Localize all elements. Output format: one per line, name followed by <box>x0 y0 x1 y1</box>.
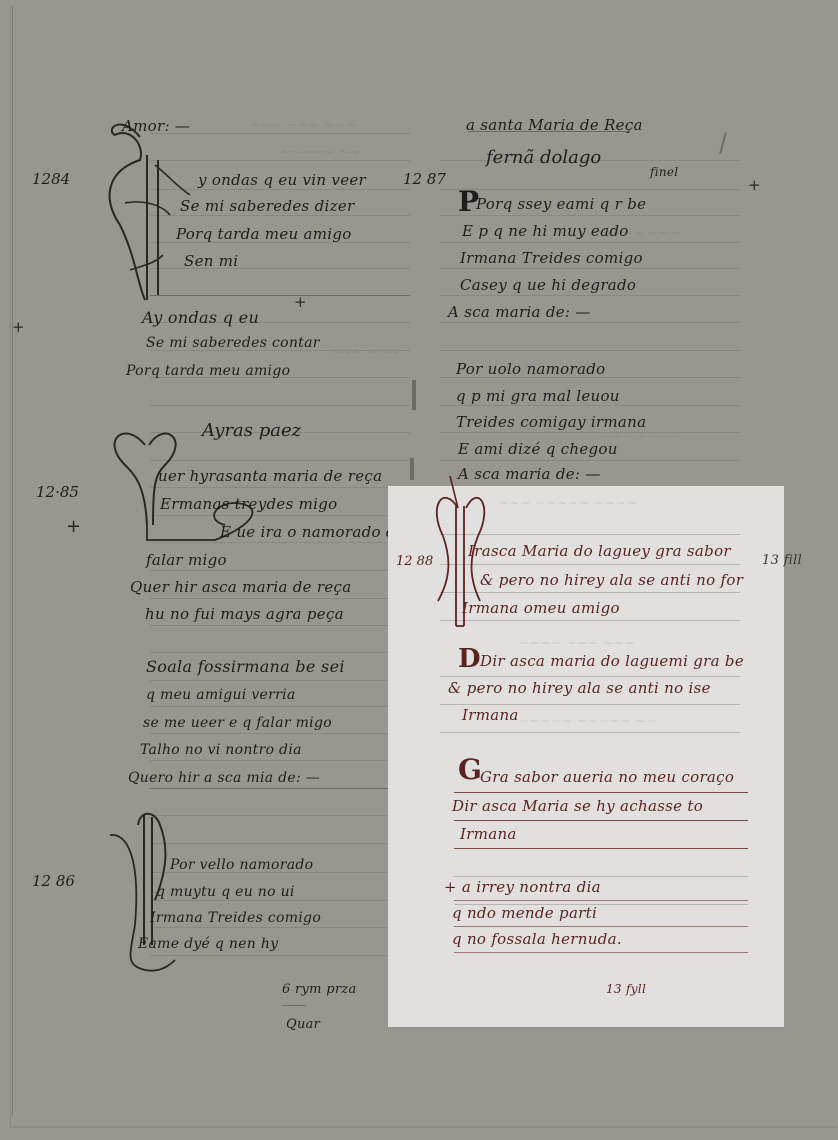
bleed-through-text: ~~~ ~~~ ~~~ <box>250 118 356 133</box>
initial-letter: D <box>458 646 481 672</box>
author-name: Ayras paez <box>202 420 301 441</box>
bleed-through-text: ~~~ ~~~ <box>330 345 400 360</box>
poem-number: 12 88 <box>396 554 433 569</box>
verse-line: y ondas q eu vin veer <box>198 171 366 189</box>
verse-line: Casey q ue hi degrado <box>460 276 636 294</box>
verse-line: Dir asca maria do laguemi gra be <box>480 652 744 670</box>
verse-line: Se mi saberedes contar <box>146 335 320 351</box>
decorated-initial-V-flourish <box>105 425 185 545</box>
verse-line: Por uolo namorado <box>456 360 605 378</box>
bleed-through-text: ~~~~ ~~~ ~~~ <box>518 636 635 651</box>
poem-heading: Amor: — <box>122 117 190 135</box>
verse-line: q no fossala hernuda. <box>452 930 622 948</box>
initial-letter: G <box>458 756 482 784</box>
poem-number: 12·85 <box>36 483 79 501</box>
verse-line: Irmana Treides comigo <box>150 910 321 926</box>
margin-cross: + <box>66 516 81 537</box>
poem-number: 12 87 <box>403 170 446 188</box>
verse-line: Ermanas treydes migo <box>160 495 338 513</box>
footer-rule <box>282 1005 306 1006</box>
verse-line: Quero hir a sca mia de: — <box>128 770 320 786</box>
verse-line: Irmana <box>462 706 519 724</box>
verse-line: Treides comigay irmana <box>456 413 646 431</box>
verse-line: E p q ne hi muy eado <box>462 222 629 240</box>
bleed-through-text: ~~~~~ ~~ <box>280 145 360 160</box>
poem-number: 1284 <box>32 170 70 188</box>
verse-line: & pero no hirey ala se anti no for <box>480 571 743 589</box>
verse-line: A sca maria de: — <box>458 465 601 483</box>
verse-line: q ndo mende parti <box>452 904 597 922</box>
margin-cross: + <box>12 318 25 336</box>
poem-number: 12 86 <box>32 872 75 890</box>
verse-line: Ay ondas q eu <box>142 308 259 327</box>
poem-heading: a santa Maria de Reça <box>466 116 643 134</box>
verse-line: se me ueer e q falar migo <box>143 715 332 731</box>
page-edge <box>12 6 13 1116</box>
verse-line: falar migo <box>146 551 227 569</box>
verse-line: hu no fui mays agra peça <box>145 605 344 623</box>
verse-line: Irmana omeu amigo <box>462 599 620 617</box>
margin-stroke <box>412 380 416 410</box>
highlighted-region-poem-1288: ~~~ ~~~~~ ~~~~ ~~~~ ~~~ ~~~ ~~~~~ ~~~~~ … <box>388 486 784 1027</box>
verse-line: & pero no hirey ala se anti no ise <box>448 679 711 697</box>
verse-line: Sen mi <box>184 252 238 270</box>
author-name: fernã dolago <box>486 147 601 168</box>
footer-note: 13 fyll <box>606 982 646 996</box>
verse-line: Irmana Treides comigo <box>460 249 643 267</box>
verse-line: q meu amigui verria <box>146 687 296 703</box>
margin-cross: + <box>294 293 307 311</box>
verse-line: A sca maria de: — <box>448 303 591 321</box>
verse-line: E ami dizé q chegou <box>458 440 618 458</box>
verse-line: Irmana <box>460 825 517 843</box>
verse-line: Porq ssey eami q r be <box>476 195 646 213</box>
verse-line: Irasca Maria do laguey gra sabor <box>468 542 731 560</box>
footer-note: Quar <box>286 1017 320 1032</box>
bleed-through-text: ~~~~~ ~~~~~ ~~ <box>518 714 657 729</box>
margin-cross: + <box>748 176 761 194</box>
verse-line: Eame dyé q nen hy <box>138 936 278 952</box>
bleed-through-text: ~~~ ~~~~~ ~~~~ <box>498 496 637 511</box>
verse-line: Porq tarda meu amigo <box>126 363 290 379</box>
verse-line: q p mi gra mal leuou <box>456 387 620 405</box>
verse-line: Por vello namorado <box>170 857 313 873</box>
verse-line: + a irrey nontra dia <box>444 878 601 896</box>
margin-note: 13 fill <box>762 553 802 568</box>
verse-line: Quer hir asca maria de reça <box>130 578 352 596</box>
margin-stroke <box>410 458 414 480</box>
verse-line: Soala fossirmana be sei <box>146 657 345 676</box>
decorated-initial-A-flourish <box>100 115 180 305</box>
verse-line: Porq tarda meu amigo <box>176 225 352 243</box>
footer-note: 6 rym prza <box>282 982 357 997</box>
margin-note: finel <box>650 165 678 179</box>
verse-line: Dir asca Maria se hy achasse to <box>452 797 703 815</box>
verse-line: q muytu q eu no ui <box>156 884 295 900</box>
verse-line: Talho no vi nontro dia <box>140 742 302 758</box>
verse-line: Gra sabor aueria no meu coraço <box>480 768 734 786</box>
verse-line: uer hyrasanta maria de reça <box>158 467 382 485</box>
verse-line: Se mi saberedes dizer <box>180 197 354 215</box>
